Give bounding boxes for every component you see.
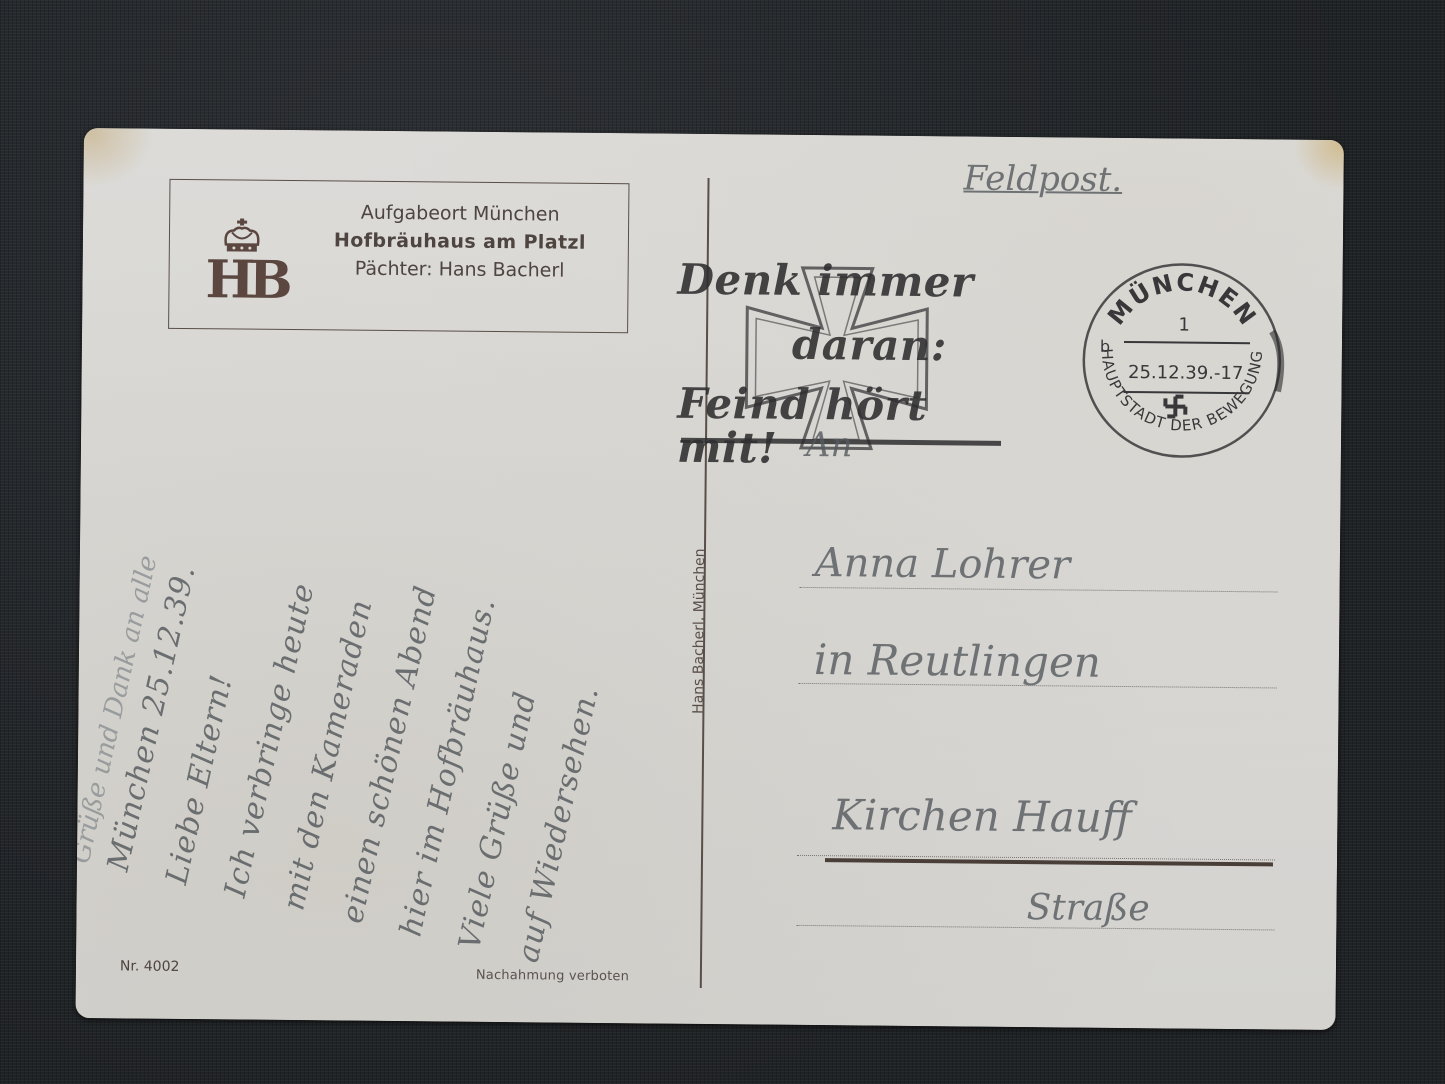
- venue-name: Hofbräuhaus am Platzl: [300, 229, 620, 254]
- slogan-line-2: daran:: [792, 323, 947, 368]
- address-line-1: Anna Lohrer: [815, 540, 1071, 588]
- address-line-3: Kirchen Hauff: [832, 790, 1132, 842]
- postmark-stamp: MÜNCHEN 1 b 25.12.39.-17 HAUPTSTADT DER …: [1071, 249, 1293, 471]
- corner-stain: [1293, 140, 1343, 190]
- posting-location: Aufgabeort München: [300, 201, 620, 226]
- series-number: Nr. 4002: [120, 958, 180, 975]
- swastika-icon: [1165, 396, 1185, 416]
- slogan-line-1: Denk immer: [677, 258, 974, 305]
- leaseholder: Pächter: Hans Bacherl: [300, 257, 620, 282]
- postmark: MÜNCHEN 1 b 25.12.39.-17 HAUPTSTADT DER …: [1071, 249, 1293, 471]
- corner-stain: [83, 128, 154, 189]
- feldpost-note: Feldpost.: [963, 158, 1122, 200]
- addressee-prefix: An: [806, 425, 853, 465]
- imprint-text: Aufgabeort München Hofbräuhaus am Platzl…: [300, 201, 621, 282]
- address-line-2: in Reutlingen: [814, 635, 1101, 687]
- postmark-date: 25.12.39.-17: [1128, 362, 1243, 384]
- postmark-office: 1: [1178, 315, 1190, 336]
- address-line-4: Straße: [1026, 887, 1150, 929]
- slogan-cancellation: Denk immer daran: Feind hört mit!: [671, 242, 1013, 445]
- postcard: HB Aufgabeort München Hofbräuhaus am Pla…: [75, 128, 1343, 1030]
